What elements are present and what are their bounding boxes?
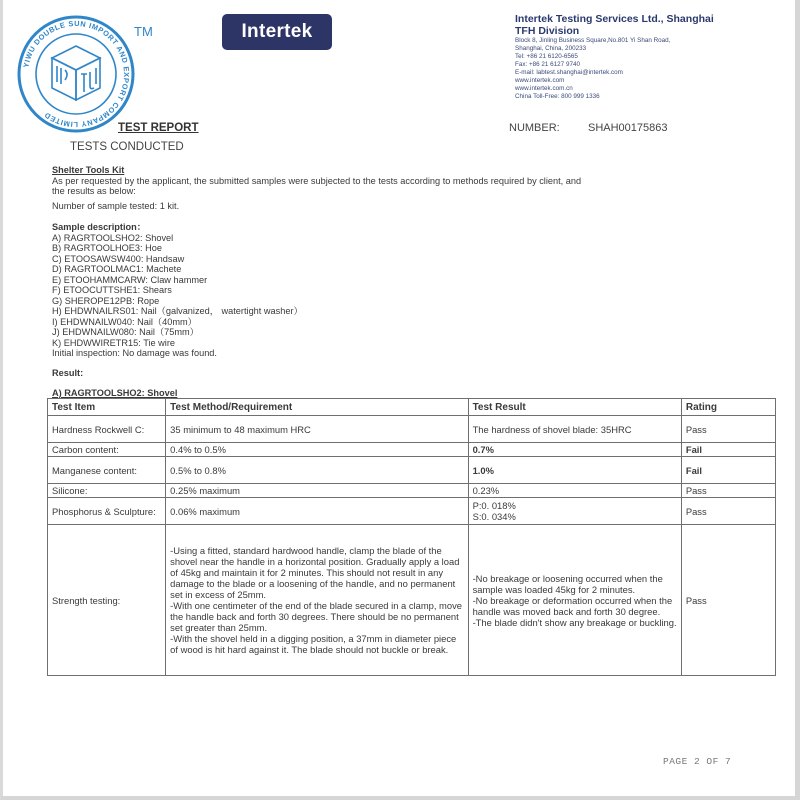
lab-name: Intertek Testing Services Ltd., Shanghai	[515, 14, 714, 25]
table-row: Carbon content: 0.4% to 0.5% 0.7% Fail	[48, 443, 776, 457]
cell-result: -No breakage or loosening occurred when …	[468, 525, 681, 676]
intertek-logo: Intertek	[222, 14, 332, 50]
sample-item: B) RAGRTOOLHOE3: Hoe	[52, 243, 303, 254]
report-subtitle: TESTS CONDUCTED	[70, 141, 184, 153]
cell-test-item: Strength testing:	[48, 525, 166, 676]
cell-rating: Pass	[681, 498, 775, 525]
table-row: Manganese content: 0.5% to 0.8% 1.0% Fai…	[48, 457, 776, 484]
cell-result: The hardness of shovel blade: 35HRC	[468, 416, 681, 443]
initial-inspection: Initial inspection: No damage was found.	[52, 348, 217, 359]
report-number-label: NUMBER:	[509, 122, 560, 134]
sample-item: H) EHDWNAILRS01: Nail（galvanized， watert…	[52, 306, 303, 317]
cell-rating: Pass	[681, 416, 775, 443]
col-header-result: Test Result	[468, 399, 681, 416]
intro-paragraph-line-2: the results as below:	[52, 186, 581, 197]
cell-method: 0.25% maximum	[166, 484, 468, 498]
lab-contact-block: Intertek Testing Services Ltd., Shanghai…	[515, 14, 714, 101]
intro-paragraph-line-1: As per requested by the applicant, the s…	[52, 176, 581, 187]
sample-item: F) ETOOCUTTSHE1: Shears	[52, 285, 303, 296]
cell-rating: Pass	[681, 525, 775, 676]
results-table: Test Item Test Method/Requirement Test R…	[47, 398, 776, 676]
lab-tollfree: China Toll-Free: 800 999 1336	[515, 93, 714, 101]
col-header-rating: Rating	[681, 399, 775, 416]
sample-item: I) EHDWNAILW040: Nail（40mm）	[52, 317, 303, 328]
cell-result: P:0. 018% S:0. 034%	[468, 498, 681, 525]
sample-item: C) ETOOSAWSW400: Handsaw	[52, 254, 303, 265]
lab-division: TFH Division	[515, 25, 714, 37]
cell-method: 0.5% to 0.8%	[166, 457, 468, 484]
sample-description-heading: Sample description：	[52, 222, 303, 233]
table-header-row: Test Item Test Method/Requirement Test R…	[48, 399, 776, 416]
report-title: TEST REPORT	[118, 122, 199, 134]
table-row: Phosphorus & Sculpture: 0.06% maximum P:…	[48, 498, 776, 525]
cell-result: 0.7%	[468, 443, 681, 457]
cell-test-item: Manganese content:	[48, 457, 166, 484]
cell-method: 35 minimum to 48 maximum HRC	[166, 416, 468, 443]
sample-item: E) ETOOHAMMCARW: Claw hammer	[52, 275, 303, 286]
company-seal-logo: YIWU DOUBLE SUN IMPORT AND EXPORT COMPAN…	[16, 14, 136, 134]
cell-method: 0.4% to 0.5%	[166, 443, 468, 457]
cell-test-item: Phosphorus & Sculpture:	[48, 498, 166, 525]
result-heading: Result:	[52, 368, 83, 379]
sample-item: J) EHDWNAILW080: Nail（75mm）	[52, 327, 303, 338]
cell-rating: Pass	[681, 484, 775, 498]
cell-rating: Fail	[681, 443, 775, 457]
product-heading: Shelter Tools Kit	[52, 165, 581, 176]
page-number: PAGE 2 OF 7	[663, 756, 731, 767]
cell-result-line-1: P:0. 018%	[473, 500, 677, 511]
cell-test-item: Silicone:	[48, 484, 166, 498]
lab-email[interactable]: E-mail: labtest.shanghai@intertek.com	[515, 69, 714, 77]
col-header-method: Test Method/Requirement	[166, 399, 468, 416]
col-header-test-item: Test Item	[48, 399, 166, 416]
cell-test-item: Carbon content:	[48, 443, 166, 457]
table-row: Silicone: 0.25% maximum 0.23% Pass	[48, 484, 776, 498]
sample-count: Number of sample tested: 1 kit.	[52, 201, 179, 212]
cell-test-item: Hardness Rockwell C:	[48, 416, 166, 443]
sample-item: D) RAGRTOOLMAC1: Machete	[52, 264, 303, 275]
cell-rating: Fail	[681, 457, 775, 484]
lab-address-1: Block 8, Jinling Business Square,No.801 …	[515, 37, 714, 45]
cell-result-line-2: S:0. 034%	[473, 511, 677, 522]
sample-item: K) EHDWWIRETR15: Tie wire	[52, 338, 303, 349]
sample-description-list: Sample description： A) RAGRTOOLSHO2: Sho…	[52, 222, 303, 348]
lab-address-2: Shanghai, China, 200233	[515, 45, 714, 53]
result-subheading: A) RAGRTOOLSHO2: Shovel	[52, 388, 177, 399]
report-number-value: SHAH00175863	[588, 122, 668, 134]
intro-section: Shelter Tools Kit As per requested by th…	[52, 165, 581, 197]
cell-method: -Using a fitted, standard hardwood handl…	[166, 525, 468, 676]
table-row: Strength testing: -Using a fitted, stand…	[48, 525, 776, 676]
table-row: Hardness Rockwell C: 35 minimum to 48 ma…	[48, 416, 776, 443]
lab-website-1[interactable]: www.intertek.com	[515, 77, 714, 85]
sample-item: A) RAGRTOOLSHO2: Shovel	[52, 233, 303, 244]
lab-website-2[interactable]: www.intertek.com.cn	[515, 85, 714, 93]
lab-tel: Tel: +86 21 6120-6565	[515, 53, 714, 61]
cell-result: 1.0%	[468, 457, 681, 484]
sample-item: G) SHEROPE12PB: Rope	[52, 296, 303, 307]
cell-method: 0.06% maximum	[166, 498, 468, 525]
cell-result: 0.23%	[468, 484, 681, 498]
trademark-mark: TM	[134, 24, 153, 39]
lab-fax: Fax: +86 21 6127 9740	[515, 61, 714, 69]
